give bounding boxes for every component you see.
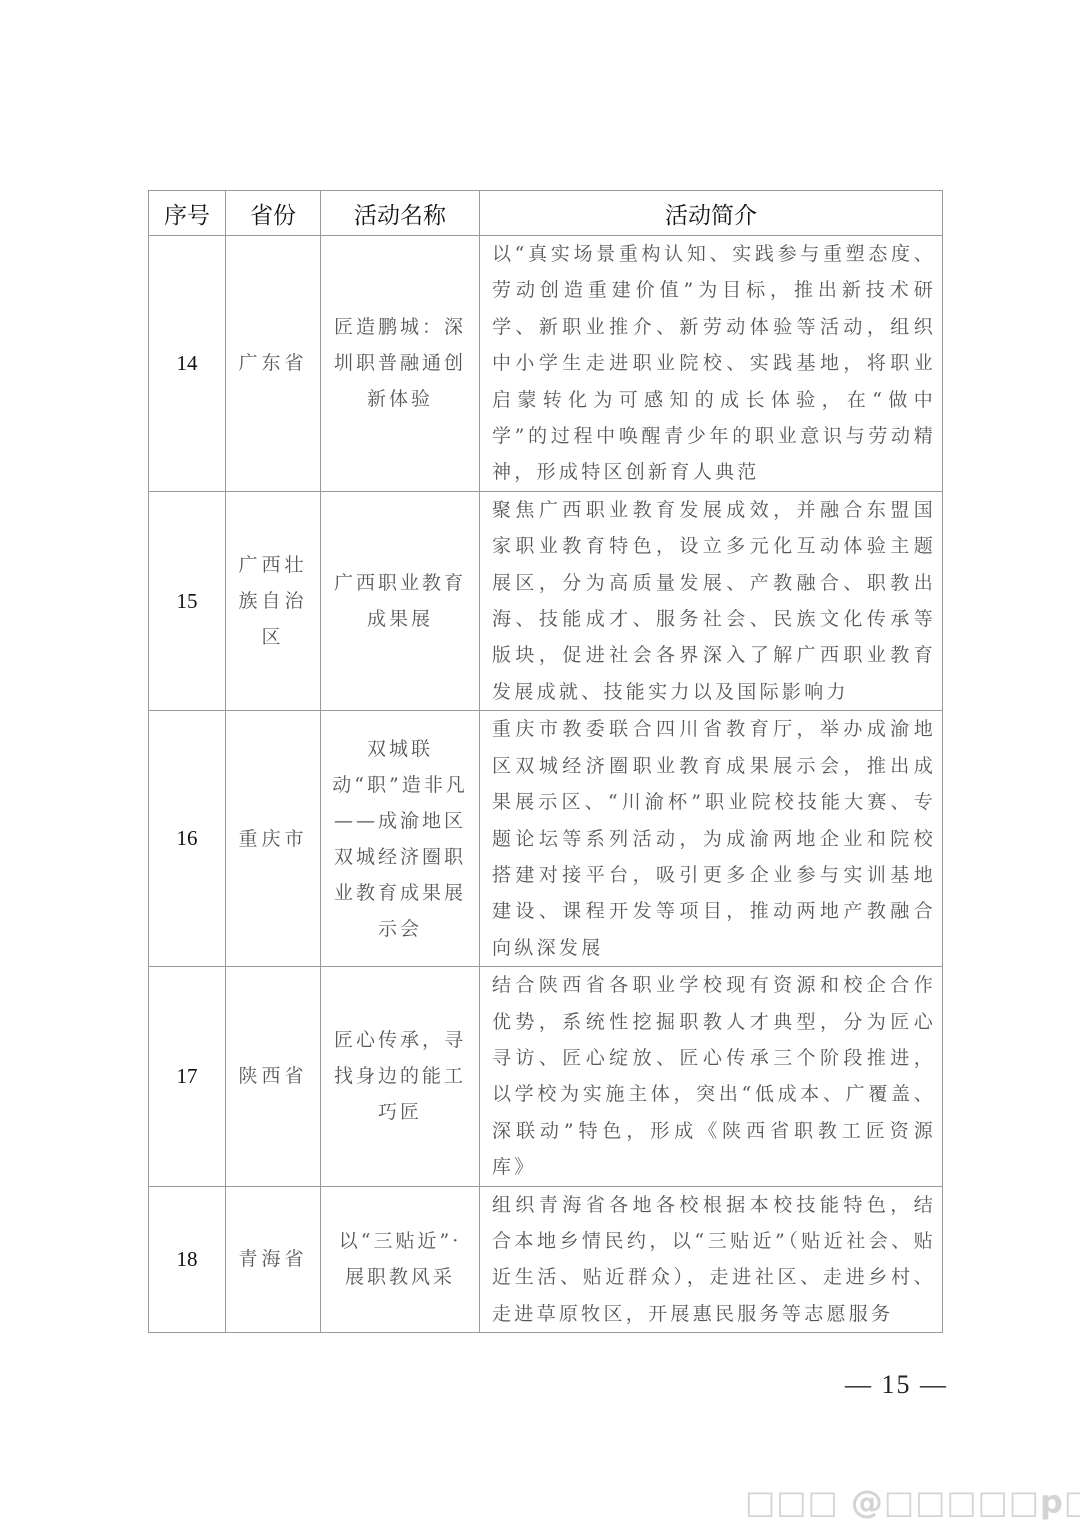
serial-number-cell: 14 [149,236,226,492]
table-header-row: 序号 省份 活动名称 活动简介 [149,191,943,236]
activity-table-container: 序号 省份 活动名称 活动简介 14 广东省 匠造鹏城：深圳职普融通创新体验 以… [148,190,942,1333]
serial-number-cell: 17 [149,967,226,1186]
serial-number-cell: 18 [149,1186,226,1333]
activity-description-cell: 聚焦广西职业教育发展成效，并融合东盟国家职业教育特色，设立多元化互动体验主题展区… [480,491,943,710]
serial-number-cell: 16 [149,711,226,967]
header-activity-name: 活动名称 [321,191,480,236]
activity-description-cell: 重庆市教委联合四川省教育厅，举办成渝地区双城经济圈职业教育成果展示会，推出成果展… [480,711,943,967]
table-row: 17 陕西省 匠心传承，寻找身边的能工巧匠 结合陕西省各职业学校现有资源和校企合… [149,967,943,1186]
activity-table: 序号 省份 活动名称 活动简介 14 广东省 匠造鹏城：深圳职普融通创新体验 以… [148,190,943,1333]
province-cell: 青海省 [226,1186,321,1333]
province-cell: 重庆市 [226,711,321,967]
activity-description-cell: 结合陕西省各职业学校现有资源和校企合作优势，系统性挖掘职教人才典型，分为匠心寻访… [480,967,943,1186]
activity-name-cell: 匠心传承，寻找身边的能工巧匠 [321,967,480,1186]
activity-description-cell: 组织青海省各地各校根据本校技能特色，结合本地乡情民约，以“三贴近”（贴近社会、贴… [480,1186,943,1333]
table-row: 16 重庆市 双城联动“职”造非凡——成渝地区双城经济圈职业教育成果展示会 重庆… [149,711,943,967]
header-activity-description: 活动简介 [480,191,943,236]
activity-name-cell: 以“三贴近”·展职教风采 [321,1186,480,1333]
table-row: 15 广西壮族自治区 广西职业教育成果展 聚焦广西职业教育发展成效，并融合东盟国… [149,491,943,710]
activity-name-cell: 匠造鹏城：深圳职普融通创新体验 [321,236,480,492]
activity-name-cell: 双城联动“职”造非凡——成渝地区双城经济圈职业教育成果展示会 [321,711,480,967]
page-number: — 15 — [845,1370,948,1400]
province-cell: 陕西省 [226,967,321,1186]
province-cell: 广东省 [226,236,321,492]
province-cell: 广西壮族自治区 [226,491,321,710]
serial-number-cell: 15 [149,491,226,710]
watermark: □□□ @□□□□□p□□□□□ [745,1483,1080,1521]
activity-name-cell: 广西职业教育成果展 [321,491,480,710]
header-serial-number: 序号 [149,191,226,236]
table-row: 14 广东省 匠造鹏城：深圳职普融通创新体验 以“真实场景重构认知、实践参与重塑… [149,236,943,492]
activity-description-cell: 以“真实场景重构认知、实践参与重塑态度、劳动创造重建价值”为目标，推出新技术研学… [480,236,943,492]
table-row: 18 青海省 以“三贴近”·展职教风采 组织青海省各地各校根据本校技能特色，结合… [149,1186,943,1333]
header-province: 省份 [226,191,321,236]
